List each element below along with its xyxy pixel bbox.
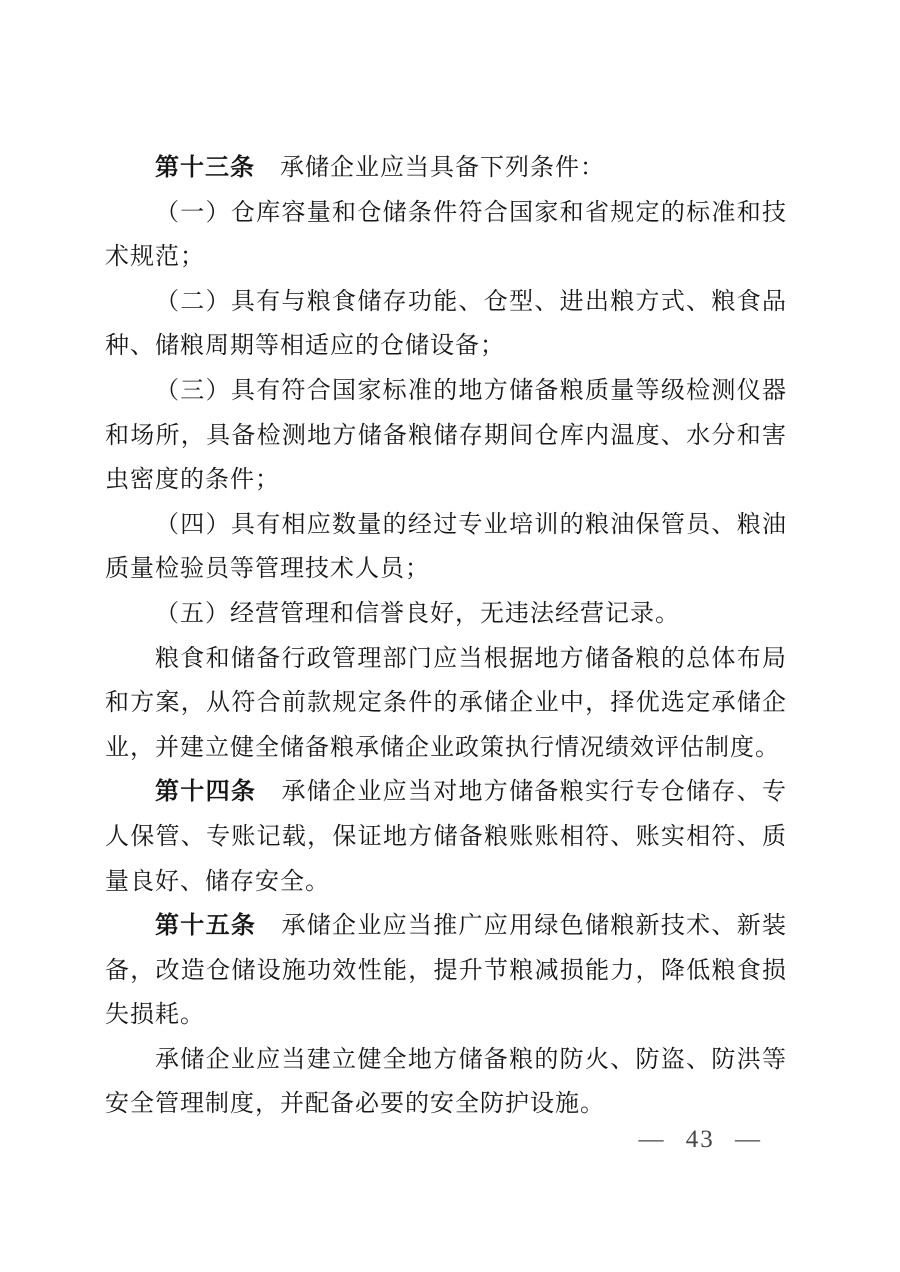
document-body: 第十三条 承储企业应当具备下列条件： （一）仓库容量和仓储条件符合国家和省规定的… — [105, 146, 787, 1127]
article-15-number: 第十五条 — [155, 912, 256, 939]
document-page: 第十三条 承储企业应当具备下列条件： （一）仓库容量和仓储条件符合国家和省规定的… — [0, 0, 900, 1272]
article-14-number: 第十四条 — [155, 778, 256, 805]
paragraph-selection-policy: 粮食和储备行政管理部门应当根据地方储备粮的总体布局和方案，从符合前款规定条件的承… — [105, 637, 787, 771]
paragraph-article-14: 第十四条 承储企业应当对地方储备粮实行专仓储存、专人保管、专账记载，保证地方储备… — [105, 770, 787, 904]
paragraph-text: 承储企业应当具备下列条件： — [255, 155, 605, 181]
paragraph-item-5: （五）经营管理和信誉良好，无违法经营记录。 — [105, 592, 787, 637]
paragraph-text: 粮食和储备行政管理部门应当根据地方储备粮的总体布局和方案，从符合前款规定条件的承… — [105, 646, 787, 761]
paragraph-safety-management: 承储企业应当建立健全地方储备粮的防火、防盗、防洪等安全管理制度，并配备必要的安全… — [105, 1038, 787, 1127]
paragraph-text: （三）具有符合国家标准的地方储备粮质量等级检测仪器和场所，具备检测地方储备粮储存… — [105, 378, 787, 493]
paragraph-text: （一）仓库容量和仓储条件符合国家和省规定的标准和技术规范； — [105, 200, 787, 271]
page-number: — 43 — — [639, 1126, 763, 1154]
paragraph-text: （二）具有与粮食储存功能、仓型、进出粮方式、粮食品种、储粮周期等相适应的仓储设备… — [105, 289, 787, 360]
paragraph-item-3: （三）具有符合国家标准的地方储备粮质量等级检测仪器和场所，具备检测地方储备粮储存… — [105, 369, 787, 503]
paragraph-text: （五）经营管理和信誉良好，无违法经营记录。 — [155, 601, 680, 627]
article-13-number: 第十三条 — [155, 154, 255, 181]
paragraph-item-2: （二）具有与粮食储存功能、仓型、进出粮方式、粮食品种、储粮周期等相适应的仓储设备… — [105, 280, 787, 369]
paragraph-text: 承储企业应当建立健全地方储备粮的防火、防盗、防洪等安全管理制度，并配备必要的安全… — [105, 1047, 787, 1118]
paragraph-text: （四）具有相应数量的经过专业培训的粮油保管员、粮油质量检验员等管理技术人员； — [105, 512, 787, 583]
paragraph-article-13: 第十三条 承储企业应当具备下列条件： — [105, 146, 787, 191]
paragraph-item-4: （四）具有相应数量的经过专业培训的粮油保管员、粮油质量检验员等管理技术人员； — [105, 503, 787, 592]
paragraph-article-15: 第十五条 承储企业应当推广应用绿色储粮新技术、新装备，改造仓储设施功效性能，提升… — [105, 904, 787, 1038]
paragraph-item-1: （一）仓库容量和仓储条件符合国家和省规定的标准和技术规范； — [105, 191, 787, 280]
